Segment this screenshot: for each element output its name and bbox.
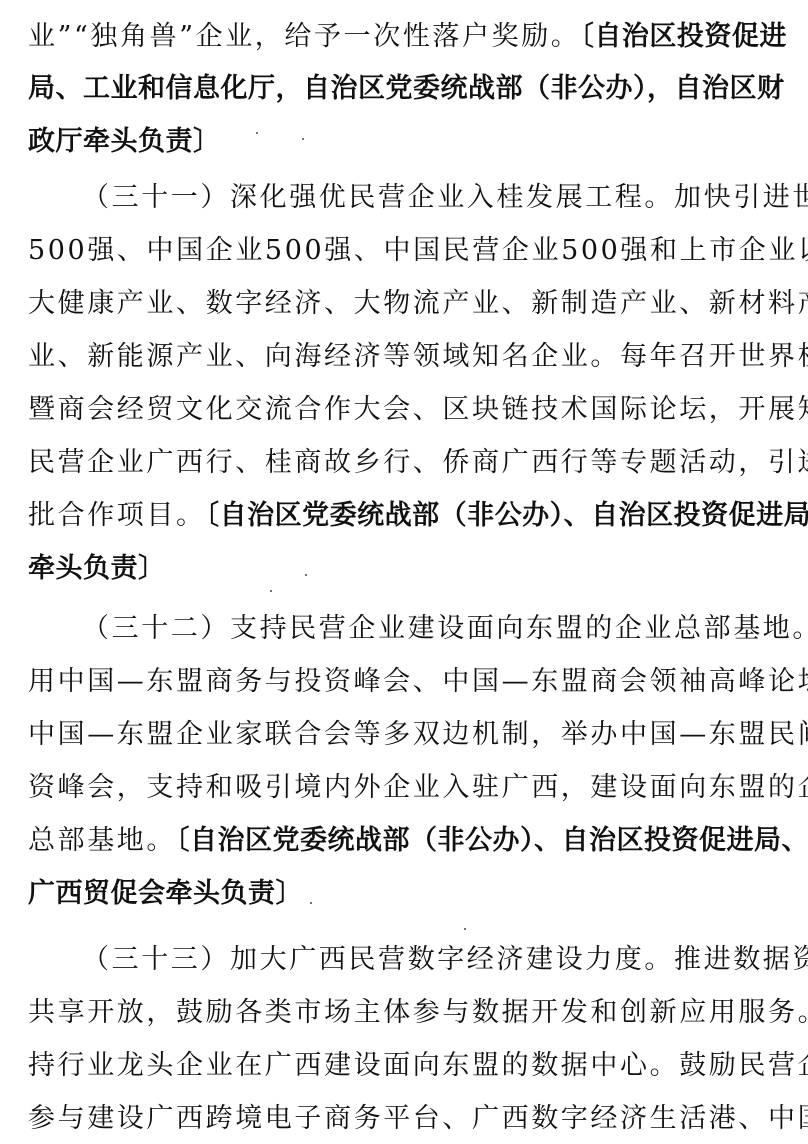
text-run: 暨商会经贸文化交流合作大会、区块链技术国际论坛，开展知名	[28, 394, 808, 425]
section-heading-33: （三十三）加大广西民营数字经济建设力度。推进数据资源	[82, 934, 788, 986]
text-line: 民营企业广西行、桂商故乡行、侨商广西行等专题活动，引进一	[28, 437, 788, 489]
text-line: 参与建设广西跨境电子商务平台、广西数字经济生活港、中国—	[28, 1093, 788, 1144]
text-run: 用中国—东盟商务与投资峰会、中国—东盟商会领袖高峰论坛、	[28, 666, 808, 697]
text-run: 业”“独角兽”企业，给予一次性落户奖励。	[28, 21, 580, 52]
text-line: 用中国—东盟商务与投资峰会、中国—东盟商会领袖高峰论坛、	[28, 656, 788, 708]
text-line: 批合作项目。〔自治区党委统战部（非公办）、自治区投资促进局	[28, 490, 788, 542]
text-line: 暨商会经贸文化交流合作大会、区块链技术国际论坛，开展知名	[28, 384, 788, 436]
section-heading-32: （三十二）支持民营企业建设面向东盟的企业总部基地。利	[82, 603, 788, 655]
text-line: 牵头负责〕	[28, 543, 788, 595]
text-run: 大健康产业、数字经济、大物流产业、新制造产业、新材料产	[28, 288, 808, 319]
text-run: 持行业龙头企业在广西建设面向东盟的数据中心。鼓励民营企业	[28, 1050, 808, 1081]
responsible-department: 局、工业和信息化厅，自治区党委统战部（非公办），自治区财	[28, 73, 785, 104]
responsible-department: 〔自治区党委统战部（非公办）、自治区投资促进局、	[176, 825, 808, 856]
text-run: 资峰会，支持和吸引境内外企业入驻广西，建设面向东盟的企业	[28, 772, 808, 803]
text-line: 中国—东盟企业家联合会等多双边机制，举办中国—东盟民间投	[28, 709, 788, 761]
section-heading-31: （三十一）深化强优民营企业入桂发展工程。加快引进世界	[82, 172, 788, 224]
responsible-department: 牵头负责〕	[28, 553, 166, 584]
text-line: 局、工业和信息化厅，自治区党委统战部（非公办），自治区财	[28, 63, 788, 115]
text-run: 批合作项目。	[28, 500, 206, 531]
text-line: 业”“独角兽”企业，给予一次性落户奖励。〔自治区投资促进	[28, 11, 788, 63]
text-line: 业、新能源产业、向海经济等领域知名企业。每年召开世界桂商	[28, 331, 788, 383]
text-run: 参与建设广西跨境电子商务平台、广西数字经济生活港、中国—	[28, 1103, 808, 1134]
text-run: 中国—东盟企业家联合会等多双边机制，举办中国—东盟民间投	[28, 719, 808, 750]
text-line: 政厅牵头负责〕	[28, 116, 788, 168]
responsible-department: 〔自治区投资促进	[580, 21, 787, 52]
scan-speck	[310, 902, 312, 904]
text-run: （三十二）支持民营企业建设面向东盟的企业总部基地。利	[82, 613, 808, 644]
text-line: 500强、中国企业500强、中国民营企业500强和上市企业以及	[28, 225, 788, 277]
text-run: 共享开放，鼓励各类市场主体参与数据开发和创新应用服务。支	[28, 997, 808, 1028]
text-run: 业、新能源产业、向海经济等领域知名企业。每年召开世界桂商	[28, 341, 808, 372]
scan-speck	[258, 899, 260, 901]
text-line: 资峰会，支持和吸引境内外企业入驻广西，建设面向东盟的企业	[28, 762, 788, 814]
text-run: （三十三）加大广西民营数字经济建设力度。推进数据资源	[82, 944, 808, 975]
scan-speck	[464, 928, 466, 930]
text-line: 持行业龙头企业在广西建设面向东盟的数据中心。鼓励民营企业	[28, 1040, 788, 1092]
text-line: 大健康产业、数字经济、大物流产业、新制造产业、新材料产	[28, 278, 788, 330]
text-run: 总部基地。	[28, 825, 176, 856]
responsible-department: 广西贸促会牵头负责〕	[28, 878, 303, 909]
text-run: 民营企业广西行、桂商故乡行、侨商广西行等专题活动，引进一	[28, 447, 808, 478]
text-line: 共享开放，鼓励各类市场主体参与数据开发和创新应用服务。支	[28, 987, 788, 1039]
responsible-department: 〔自治区党委统战部（非公办）、自治区投资促进局	[206, 500, 808, 531]
text-line: 总部基地。〔自治区党委统战部（非公办）、自治区投资促进局、	[28, 815, 788, 867]
text-line: 广西贸促会牵头负责〕	[28, 868, 788, 920]
scan-speck	[302, 138, 304, 140]
scan-speck	[270, 590, 272, 592]
document-page: 业”“独角兽”企业，给予一次性落户奖励。〔自治区投资促进 局、工业和信息化厅，自…	[0, 0, 808, 1144]
responsible-department: 政厅牵头负责〕	[28, 126, 221, 157]
scan-speck	[305, 574, 307, 576]
text-run: （三十一）深化强优民营企业入桂发展工程。加快引进世界	[82, 182, 808, 213]
text-run: 500强、中国企业500强、中国民营企业500强和上市企业以及	[28, 235, 808, 266]
scan-speck	[256, 132, 258, 134]
